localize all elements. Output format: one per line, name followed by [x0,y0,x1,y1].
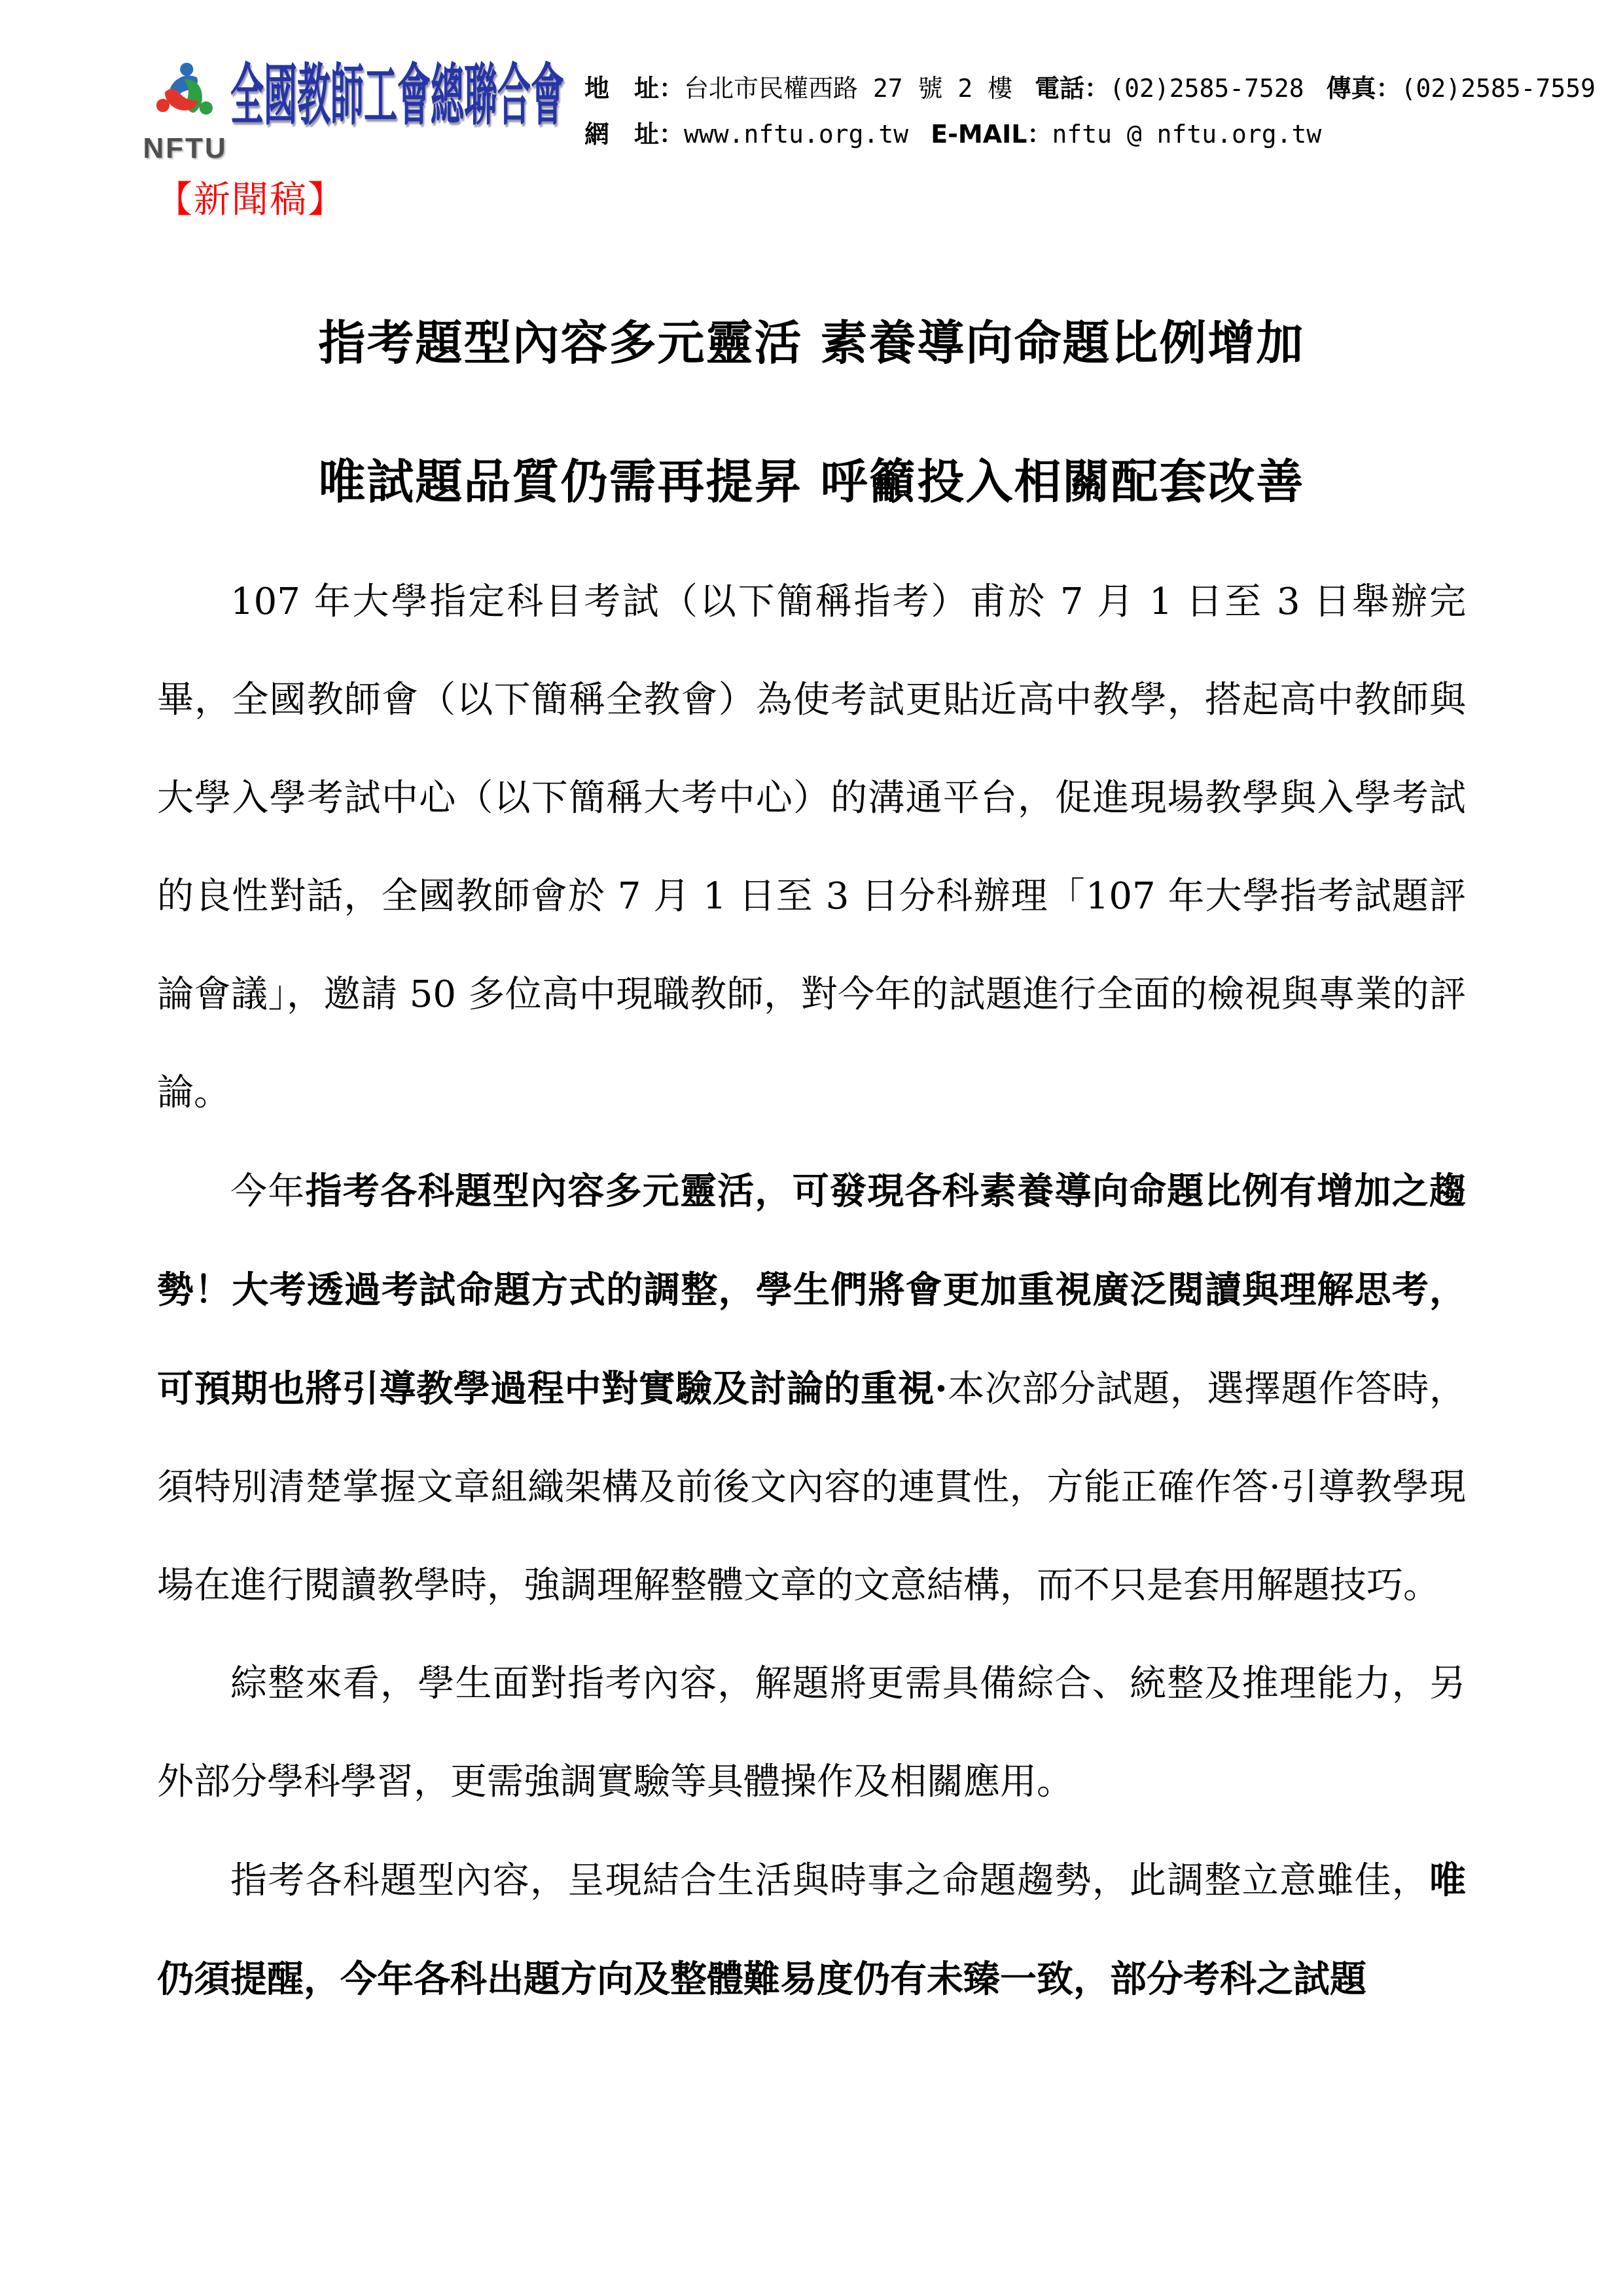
contact-line-web-email: 網 址：www.nftu.org.twE-MAIL：nftu @ nftu.or… [584,111,1596,157]
press-release-page: NFTU 全國教師工會總聯合會 地 址：台北市民權西路 27 號 2 樓電話：(… [0,0,1623,2296]
contact-value: 台北市民權西路 27 號 2 樓 [684,74,1012,103]
logo-acronym: NFTU [143,132,228,165]
text-run: 綜整來看，學生面對指考內容，解題將更需具備綜合、統整及推理能力，另外部分學科學習… [157,1662,1466,1803]
text-run: 今年 [230,1170,306,1213]
contact-value: (02)2585-7559 [1401,74,1596,103]
text-run: 107 年大學指定科目考試（以下簡稱指考）甫於 7 月 1 日至 3 日舉辦完畢… [157,581,1466,1114]
contact-value: www.nftu.org.tw [684,120,908,149]
article-body: 107 年大學指定科目考試（以下簡稱指考）甫於 7 月 1 日至 3 日舉辦完畢… [157,553,1466,2029]
contact-value: nftu @ nftu.org.tw [1052,120,1322,149]
contact-value: (02)2585-7528 [1109,74,1304,103]
nftu-logo: NFTU [143,58,228,165]
title-line-2: 唯試題品質仍需再提昇 呼籲投入相關配套改善 [157,452,1466,512]
contact-info: 地 址：台北市民權西路 27 號 2 樓電話：(02)2585-7528傳真：(… [584,65,1596,157]
contact-line-address-phone: 地 址：台北市民權西路 27 號 2 樓電話：(02)2585-7528傳真：(… [584,65,1596,111]
body-paragraph: 107 年大學指定科目考試（以下簡稱指考）甫於 7 月 1 日至 3 日舉辦完畢… [157,553,1466,1142]
title-line-1: 指考題型內容多元靈活 素養導向命題比例增加 [157,313,1466,373]
nftu-emblem-icon [149,58,222,131]
text-run: 指考各科題型內容，呈現結合生活與時事之命題趨勢，此調整立意雖佳， [230,1859,1429,1902]
contact-label: 傳真： [1327,74,1401,103]
press-release-tag: 【新聞稿】 [156,177,346,224]
org-name: 全國教師工會總聯合會 [230,54,564,137]
contact-label: 電話： [1035,74,1109,103]
contact-label: 地 址： [584,74,684,103]
contact-label: 網 址： [584,120,684,149]
body-paragraph: 指考各科題型內容，呈現結合生活與時事之命題趨勢，此調整立意雖佳，唯仍須提醒，今年… [157,1831,1466,2029]
contact-label: E-MAIL： [931,120,1052,149]
body-paragraph: 今年指考各科題型內容多元靈活，可發現各科素養導向命題比例有增加之趨勢！大考透過考… [157,1142,1466,1635]
body-paragraph: 綜整來看，學生面對指考內容，解題將更需具備綜合、統整及推理能力，另外部分學科學習… [157,1635,1466,1831]
